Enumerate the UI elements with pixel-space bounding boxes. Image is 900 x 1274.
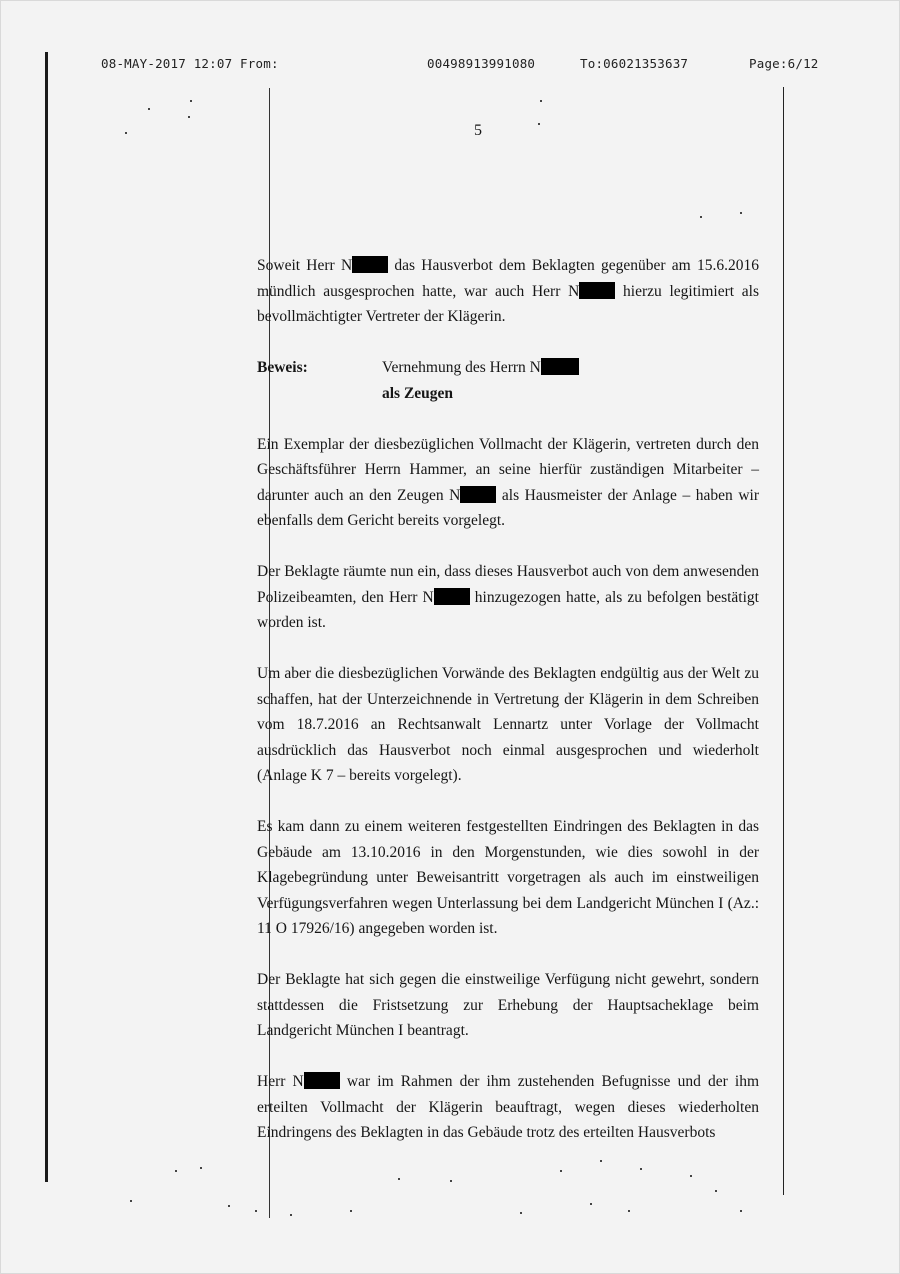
scan-speck bbox=[560, 1170, 562, 1172]
scan-speck bbox=[175, 1170, 177, 1172]
scan-speck bbox=[255, 1210, 257, 1212]
scan-speck bbox=[740, 212, 742, 214]
redaction-block bbox=[304, 1072, 340, 1089]
scan-speck bbox=[740, 1210, 742, 1212]
scan-speck bbox=[190, 100, 192, 102]
paragraph: Es kam dann zu einem weiteren festgestel… bbox=[257, 814, 759, 942]
fax-transmission-header: 08-MAY-2017 12:07 From: 00498913991080 T… bbox=[0, 56, 900, 76]
scan-speck bbox=[350, 1210, 352, 1212]
redaction-block bbox=[434, 588, 470, 605]
scan-speck bbox=[125, 132, 127, 134]
proof-witness-role: als Zeugen bbox=[382, 381, 759, 407]
scan-speck bbox=[628, 1210, 630, 1212]
paragraph: Soweit Herr N das Hausverbot dem Beklagt… bbox=[257, 253, 759, 330]
scan-speck bbox=[290, 1214, 292, 1216]
redaction-block bbox=[579, 282, 615, 299]
scan-speck bbox=[640, 1168, 642, 1170]
paragraph: Der Beklagte hat sich gegen die einstwei… bbox=[257, 967, 759, 1044]
scan-speck bbox=[148, 108, 150, 110]
scan-speck bbox=[540, 100, 542, 102]
proof-witness: Vernehmung des Herrn N bbox=[382, 359, 541, 376]
proof-label: Beweis: bbox=[257, 355, 382, 406]
proof-block: Beweis: Vernehmung des Herrn N als Zeuge… bbox=[257, 355, 759, 406]
document-page-number: 5 bbox=[474, 122, 482, 140]
scan-speck bbox=[228, 1205, 230, 1207]
scan-speck bbox=[200, 1167, 202, 1169]
redaction-block bbox=[460, 486, 496, 503]
scan-speck bbox=[398, 1178, 400, 1180]
text-segment: Herr N bbox=[257, 1073, 304, 1090]
fax-datetime: 08-MAY-2017 12:07 From: bbox=[101, 56, 279, 71]
scan-speck bbox=[690, 1175, 692, 1177]
fax-page-count: Page:6/12 bbox=[749, 56, 819, 71]
document-body: Soweit Herr N das Hausverbot dem Beklagt… bbox=[257, 253, 759, 1171]
paragraph: Um aber die diesbezüglichen Vorwände des… bbox=[257, 661, 759, 789]
fax-from-number: 00498913991080 bbox=[427, 56, 535, 71]
fax-to-number: To:06021353637 bbox=[580, 56, 688, 71]
scan-speck bbox=[600, 1160, 602, 1162]
scan-speck bbox=[715, 1190, 717, 1192]
scan-speck bbox=[450, 1180, 452, 1182]
scan-speck bbox=[520, 1212, 522, 1214]
scan-speck bbox=[700, 216, 702, 218]
scan-speck bbox=[188, 116, 190, 118]
proof-body: Vernehmung des Herrn N als Zeugen bbox=[382, 355, 759, 406]
redaction-block bbox=[541, 358, 579, 375]
redaction-block bbox=[352, 256, 388, 273]
scan-speck bbox=[590, 1203, 592, 1205]
scan-edge-line-right bbox=[783, 87, 784, 1195]
paragraph: Der Beklagte räumte nun ein, dass dieses… bbox=[257, 559, 759, 636]
scan-speck bbox=[538, 123, 540, 125]
scan-speck bbox=[130, 1200, 132, 1202]
paragraph: Ein Exemplar der diesbezüglichen Vollmac… bbox=[257, 432, 759, 534]
scan-edge-line-left bbox=[45, 52, 48, 1182]
text-segment: Soweit Herr N bbox=[257, 257, 352, 274]
paragraph: Herr N war im Rahmen der ihm zustehenden… bbox=[257, 1069, 759, 1146]
